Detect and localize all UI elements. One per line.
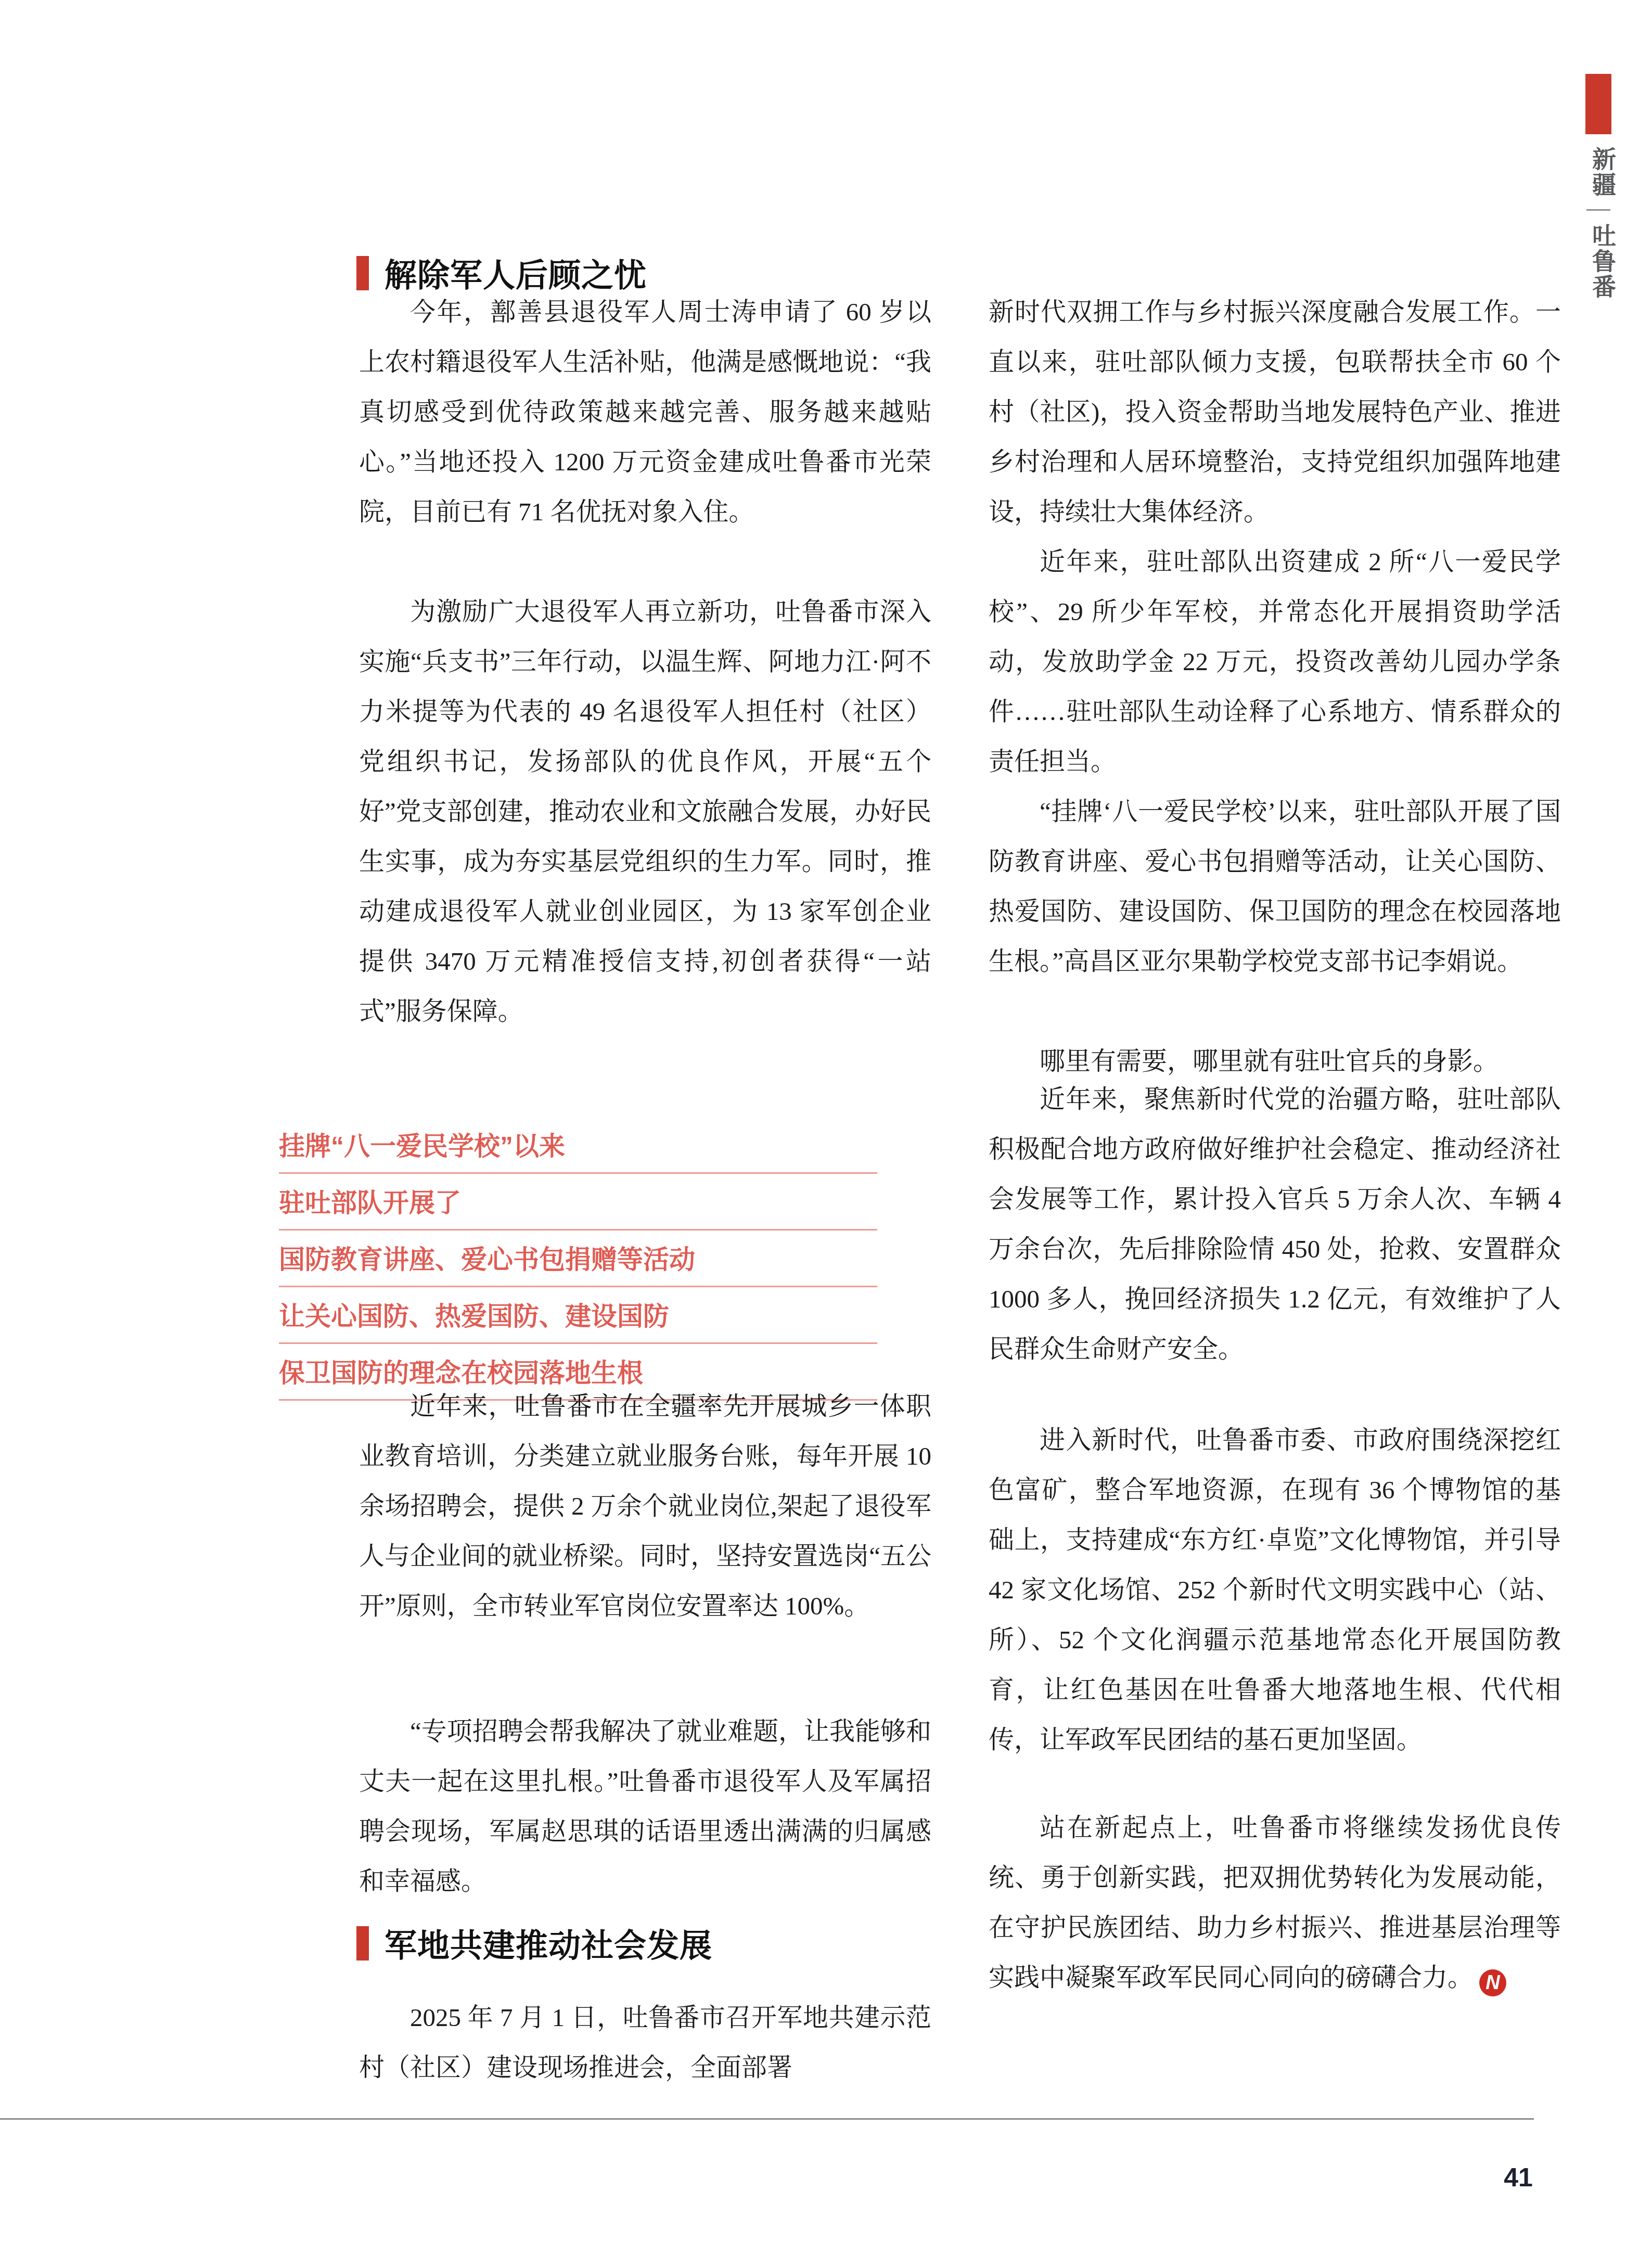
body-paragraph: 近年来，驻吐部队出资建成 2 所“八一爱民学校”、29 所少年军校，并常态化开展… — [989, 537, 1561, 787]
right-column: 新时代双拥工作与乡村振兴深度融合发展工作。一直以来，驻吐部队倾力支援，包联帮扶全… — [989, 0, 1561, 2242]
page-number: 41 — [1497, 2162, 1539, 2193]
body-paragraph: 近年来，聚焦新时代党的治疆方略，驻吐部队积极配合地方政府做好维护社会稳定、推动经… — [989, 1074, 1561, 1374]
pull-quote-line: 让关心国防、热爱国防、建设国防 — [279, 1287, 877, 1344]
body-paragraph: 站在新起点上，吐鲁番市将继续发扬优良传统、勇于创新实践，把双拥优势转化为发展动能… — [989, 1803, 1561, 2003]
red-block-marker — [1585, 74, 1611, 134]
magazine-page: 新疆 吐鲁番 解除军人后顾之忧 今年，鄯善县退役军人周士涛申请了 60 岁以上农… — [0, 0, 1652, 2242]
left-column: 解除军人后顾之忧 今年，鄯善县退役军人周士涛申请了 60 岁以上农村籍退役军人生… — [359, 0, 931, 2242]
sidebar-divider — [1586, 209, 1610, 211]
body-paragraph: 为激励广大退役军人再立新功，吐鲁番市深入实施“兵支书”三年行动，以温生辉、阿地力… — [359, 587, 931, 1036]
body-paragraph: “挂牌‘八一爱民学校’以来，驻吐部队开展了国防教育讲座、爱心书包捐赠等活动，让关… — [989, 787, 1561, 987]
region-label: 新疆 — [1585, 147, 1620, 198]
footer-rule — [0, 2118, 1534, 2120]
pull-quote-line: 挂牌“八一爱民学校”以来 — [279, 1117, 877, 1174]
body-paragraph: 2025 年 7 月 1 日，吐鲁番市召开军地共建示范村（社区）建设现场推进会，… — [359, 1993, 931, 2093]
pull-quote-line: 国防教育讲座、爱心书包捐赠等活动 — [279, 1231, 877, 1287]
city-label: 吐鲁番 — [1585, 223, 1620, 300]
body-paragraph: “专项招聘会帮我解决了就业难题，让我能够和丈夫一起在这里扎根。”吐鲁番市退役军人… — [359, 1707, 931, 1906]
pull-quote-line: 驻吐部队开展了 — [279, 1174, 877, 1231]
section-heading-2-text: 军地共建推动社会发展 — [385, 1920, 712, 1966]
heading-accent-bar — [356, 1926, 369, 1961]
body-paragraph: 今年，鄯善县退役军人周士涛申请了 60 岁以上农村籍退役军人生活补贴，他满是感慨… — [359, 287, 931, 537]
body-paragraph: 新时代双拥工作与乡村振兴深度融合发展工作。一直以来，驻吐部队倾力支援，包联帮扶全… — [989, 287, 1561, 537]
closing-paragraph-text: 站在新起点上，吐鲁番市将继续发扬优良传统、勇于创新实践，把双拥优势转化为发展动能… — [989, 1813, 1561, 1992]
pull-quote: 挂牌“八一爱民学校”以来 驻吐部队开展了 国防教育讲座、爱心书包捐赠等活动 让关… — [279, 1117, 877, 1401]
article-end-icon: N — [1479, 1969, 1506, 1996]
body-paragraph: 近年来，吐鲁番市在全疆率先开展城乡一体职业教育培训，分类建立就业服务台账，每年开… — [359, 1381, 931, 1631]
heading-accent-bar — [356, 256, 369, 290]
edition-sidebar: 新疆 吐鲁番 — [1585, 74, 1611, 300]
section-heading-2: 军地共建推动社会发展 — [356, 1920, 712, 1966]
body-paragraph: 进入新时代，吐鲁番市委、市政府围绕深挖红色富矿，整合军地资源，在现有 36 个博… — [989, 1415, 1561, 1765]
